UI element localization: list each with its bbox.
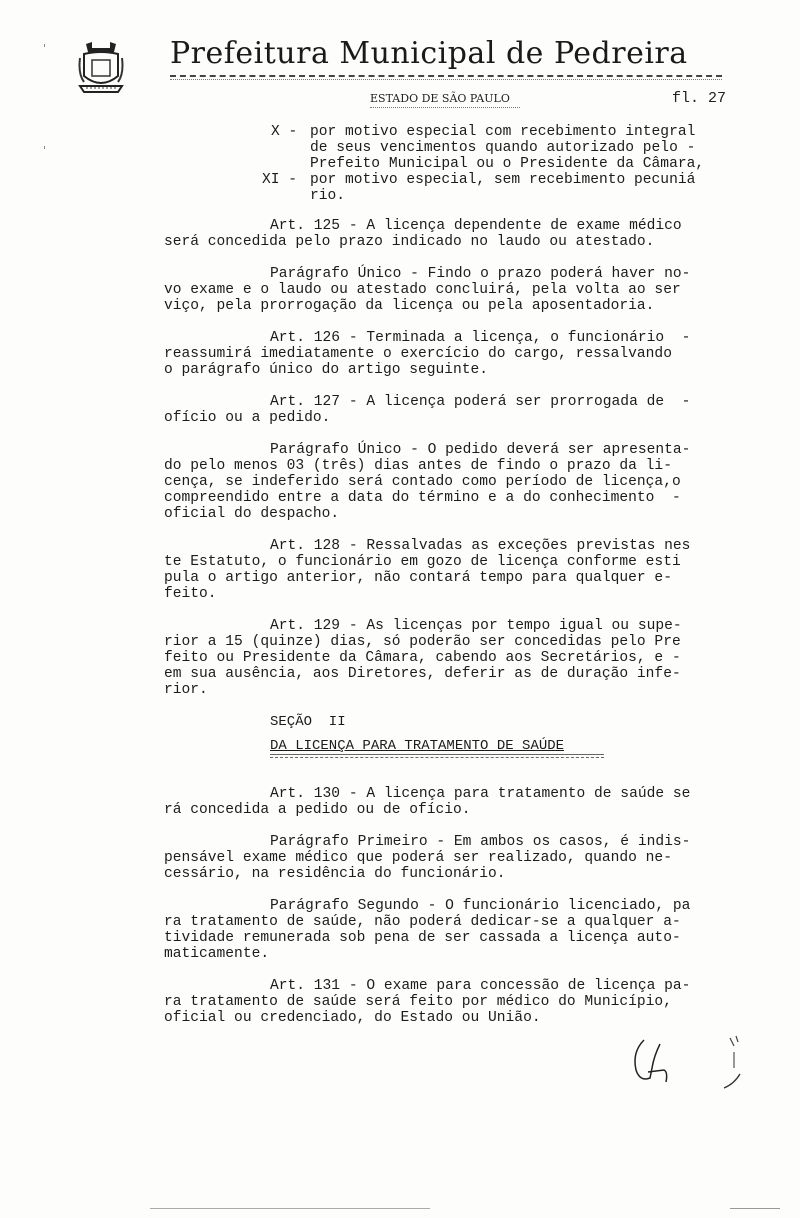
- paragraph-first-line: Parágrafo Segundo - O funcionário licenc…: [270, 898, 690, 914]
- section-label: SEÇÃO II: [270, 714, 346, 730]
- item-number: XI -: [262, 172, 297, 188]
- title-rule-secondary: [170, 79, 722, 80]
- paragraph-line: cessário, na residência do funcionário.: [164, 866, 506, 882]
- paragraph-line: do pelo menos 03 (três) dias antes de fi…: [164, 458, 672, 474]
- paragraph-line: reassumirá imediatamente o exercício do …: [164, 346, 672, 362]
- page-title: Prefeitura Municipal de Pedreira: [170, 36, 688, 71]
- title-rule: [170, 75, 722, 77]
- folio-number: fl. 27: [672, 90, 726, 107]
- paragraph-line: tividade remunerada sob pena de ser cass…: [164, 930, 681, 946]
- document-page: Prefeitura Municipal de Pedreira ESTADO …: [0, 0, 800, 1218]
- paragraph-line: ra tratamento de saúde, não poderá dedic…: [164, 914, 681, 930]
- paragraph-line: ofício ou a pedido.: [164, 410, 330, 426]
- heading-double-rule-dashed: [270, 757, 604, 758]
- handwritten-initials-icon: [630, 1030, 770, 1100]
- paragraph-line: ra tratamento de saúde será feito por mé…: [164, 994, 672, 1010]
- scan-edge-line: [150, 1208, 430, 1209]
- paragraph-line: feito ou Presidente da Câmara, cabendo a…: [164, 650, 681, 666]
- paragraph-first-line: Parágrafo Único - Findo o prazo poderá h…: [270, 266, 690, 282]
- item-line: de seus vencimentos quando autorizado pe…: [310, 140, 695, 156]
- scan-mark: [44, 44, 45, 47]
- item-line: por motivo especial, sem recebimento pec…: [310, 172, 695, 188]
- paragraph-first-line: Art. 128 - Ressalvadas as exceções previ…: [270, 538, 690, 554]
- municipal-coat-of-arms-icon: [78, 40, 124, 98]
- paragraph-line: viço, pela prorrogação da licença ou pel…: [164, 298, 654, 314]
- section-heading: DA LICENÇA PARA TRATAMENTO DE SAÚDE: [270, 738, 564, 754]
- paragraph-line: cença, se indeferido será contado como p…: [164, 474, 681, 490]
- paragraph-first-line: Art. 130 - A licença para tratamento de …: [270, 786, 690, 802]
- scan-edge-line: [730, 1208, 780, 1209]
- paragraph-line: rior.: [164, 682, 208, 698]
- item-line: Prefeito Municipal ou o Presidente da Câ…: [310, 156, 704, 172]
- paragraph-line: vo exame e o laudo ou atestado concluirá…: [164, 282, 681, 298]
- paragraph-line: rá concedida a pedido ou de ofício.: [164, 802, 471, 818]
- paragraph-line: o parágrafo único do artigo seguinte.: [164, 362, 488, 378]
- paragraph-line: oficial ou credenciado, do Estado ou Uni…: [164, 1010, 541, 1026]
- paragraph-first-line: Art. 126 - Terminada a licença, o funcio…: [270, 330, 690, 346]
- paragraph-first-line: Art. 131 - O exame para concessão de lic…: [270, 978, 690, 994]
- paragraph-line: oficial do despacho.: [164, 506, 339, 522]
- paragraph-line: em sua ausência, aos Diretores, deferir …: [164, 666, 681, 682]
- paragraph-first-line: Parágrafo Primeiro - Em ambos os casos, …: [270, 834, 690, 850]
- state-subtitle: ESTADO DE SÃO PAULO: [370, 92, 510, 105]
- item-line: rio.: [310, 188, 345, 204]
- paragraph-line: te Estatuto, o funcionário em gozo de li…: [164, 554, 681, 570]
- paragraph-first-line: Parágrafo Único - O pedido deverá ser ap…: [270, 442, 690, 458]
- paragraph-first-line: Art. 129 - As licenças por tempo igual o…: [270, 618, 682, 634]
- paragraph-line: pula o artigo anterior, não contará temp…: [164, 570, 672, 586]
- paragraph-line: será concedida pelo prazo indicado no la…: [164, 234, 654, 250]
- paragraph-line: compreendido entre a data do término e a…: [164, 490, 681, 506]
- state-rule: [370, 107, 520, 108]
- paragraph-line: feito.: [164, 586, 217, 602]
- heading-double-rule: [270, 754, 604, 755]
- scan-mark: [44, 146, 45, 149]
- paragraph-line: rior a 15 (quinze) dias, só poderão ser …: [164, 634, 681, 650]
- paragraph-line: pensável exame médico que poderá ser rea…: [164, 850, 672, 866]
- paragraph-first-line: Art. 125 - A licença dependente de exame…: [270, 218, 682, 234]
- paragraph-line: maticamente.: [164, 946, 269, 962]
- item-number: X -: [271, 124, 297, 140]
- item-line: por motivo especial com recebimento inte…: [310, 124, 695, 140]
- paragraph-first-line: Art. 127 - A licença poderá ser prorroga…: [270, 394, 690, 410]
